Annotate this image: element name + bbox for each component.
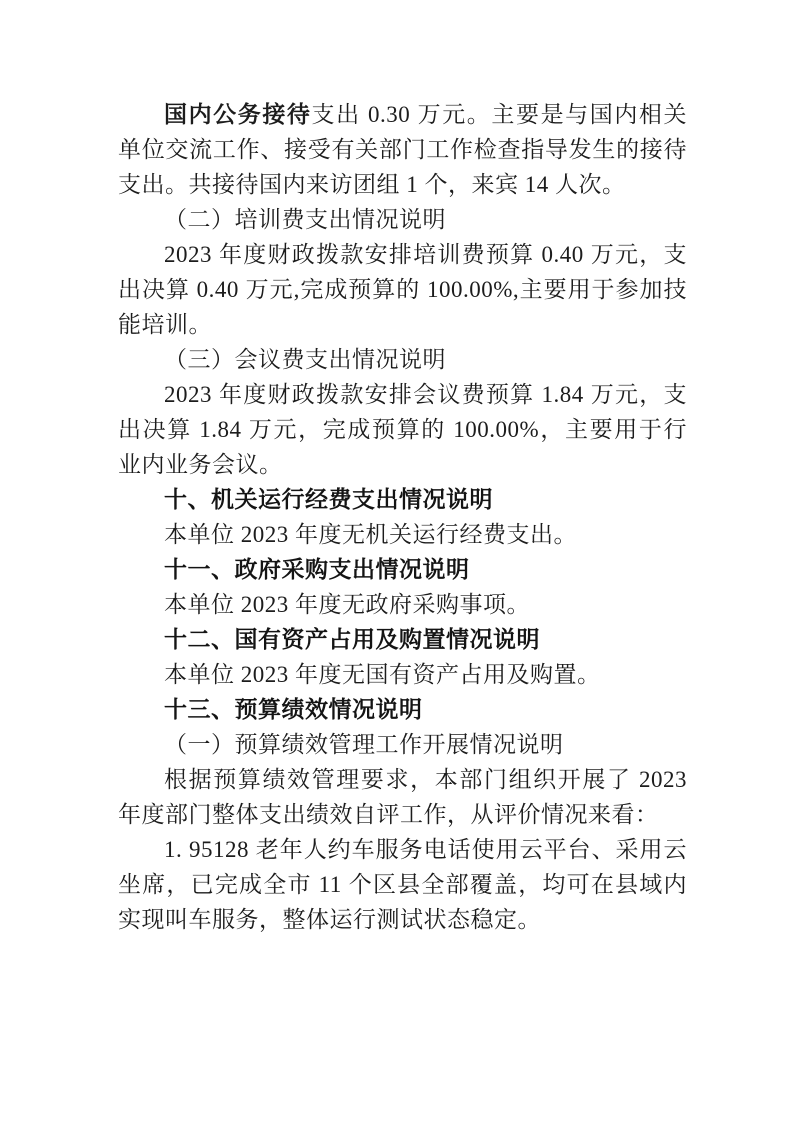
paragraph-performance-self-evaluation: 根据预算绩效管理要求，本部门组织开展了 2023 年度部门整体支出绩效自评工作，… [118, 762, 687, 832]
heading-section-13-budget-performance: 十三、预算绩效情况说明 [118, 692, 687, 727]
paragraph-training-expense-detail: 2023 年度财政拨款安排培训费预算 0.40 万元，支出决算 0.40 万元,… [118, 237, 687, 342]
paragraph-95128-service-coverage: 1. 95128 老年人约车服务电话使用云平台、采用云坐席，已完成全市 11 个… [118, 832, 687, 937]
paragraph-domestic-official-reception: 国内公务接待支出 0.30 万元。主要是与国内相关单位交流工作、接受有关部门工作… [118, 97, 687, 202]
heading-section-10-agency-operating-expense: 十、机关运行经费支出情况说明 [118, 482, 687, 517]
document-page: 国内公务接待支出 0.30 万元。主要是与国内相关单位交流工作、接受有关部门工作… [0, 0, 793, 1122]
heading-section-12-state-owned-assets: 十二、国有资产占用及购置情况说明 [118, 622, 687, 657]
subheading-meeting-expense: （三）会议费支出情况说明 [118, 342, 687, 377]
paragraph-no-agency-operating-expense: 本单位 2023 年度无机关运行经费支出。 [118, 517, 687, 552]
paragraph-no-government-procurement: 本单位 2023 年度无政府采购事项。 [118, 587, 687, 622]
heading-section-11-government-procurement: 十一、政府采购支出情况说明 [118, 552, 687, 587]
paragraph-meeting-expense-detail: 2023 年度财政拨款安排会议费预算 1.84 万元，支出决算 1.84 万元，… [118, 377, 687, 482]
subheading-performance-management: （一）预算绩效管理工作开展情况说明 [118, 727, 687, 762]
bold-lead-domestic-reception: 国内公务接待 [164, 102, 312, 127]
subheading-training-expense: （二）培训费支出情况说明 [118, 202, 687, 237]
paragraph-no-state-owned-assets: 本单位 2023 年度无国有资产占用及购置。 [118, 657, 687, 692]
